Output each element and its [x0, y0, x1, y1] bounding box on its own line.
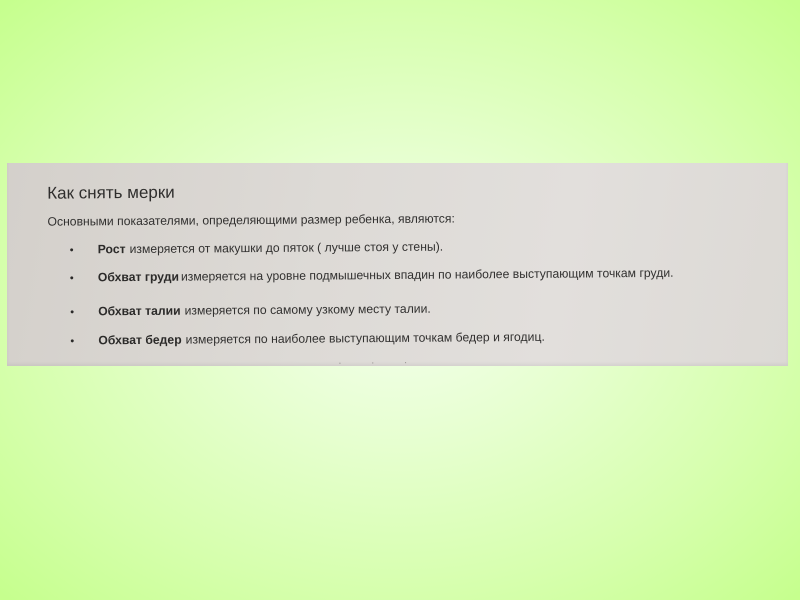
cutoff-text-fragment: · · ·	[339, 358, 422, 366]
bullet-icon: •	[70, 272, 98, 284]
list-item-height: •Ростизмеряется от макушки до пяток ( лу…	[70, 240, 444, 257]
list-item-term: Рост	[98, 242, 126, 256]
document-title: Как снять мерки	[47, 183, 175, 204]
list-item-term: Обхват груди	[98, 270, 179, 285]
paper-sheet: Как снять мерки Основными показателями, …	[7, 163, 788, 366]
list-item-chest: •Обхват грудиизмеряется на уровне подмыш…	[70, 266, 674, 285]
bullet-icon: •	[70, 335, 98, 347]
list-item-description: измеряется от макушки до пяток ( лучше с…	[129, 240, 443, 256]
list-item-term: Обхват бедер	[98, 333, 181, 348]
intro-text: Основными показателями, определяющими ра…	[47, 211, 454, 228]
list-item-description: измеряется по наиболее выступающим точка…	[186, 330, 545, 347]
bullet-icon: •	[70, 306, 98, 318]
bullet-icon: •	[70, 244, 98, 256]
list-item-hips: •Обхват бедеризмеряется по наиболее выст…	[70, 330, 545, 348]
document-photo: Как снять мерки Основными показателями, …	[7, 163, 788, 366]
list-item-description: измеряется по самому узкому месту талии.	[185, 302, 431, 318]
list-item-term: Обхват талии	[98, 304, 181, 319]
list-item-waist: •Обхват талииизмеряется по самому узкому…	[70, 302, 431, 319]
list-item-description: измеряется на уровне подмышечных впадин …	[181, 266, 674, 284]
